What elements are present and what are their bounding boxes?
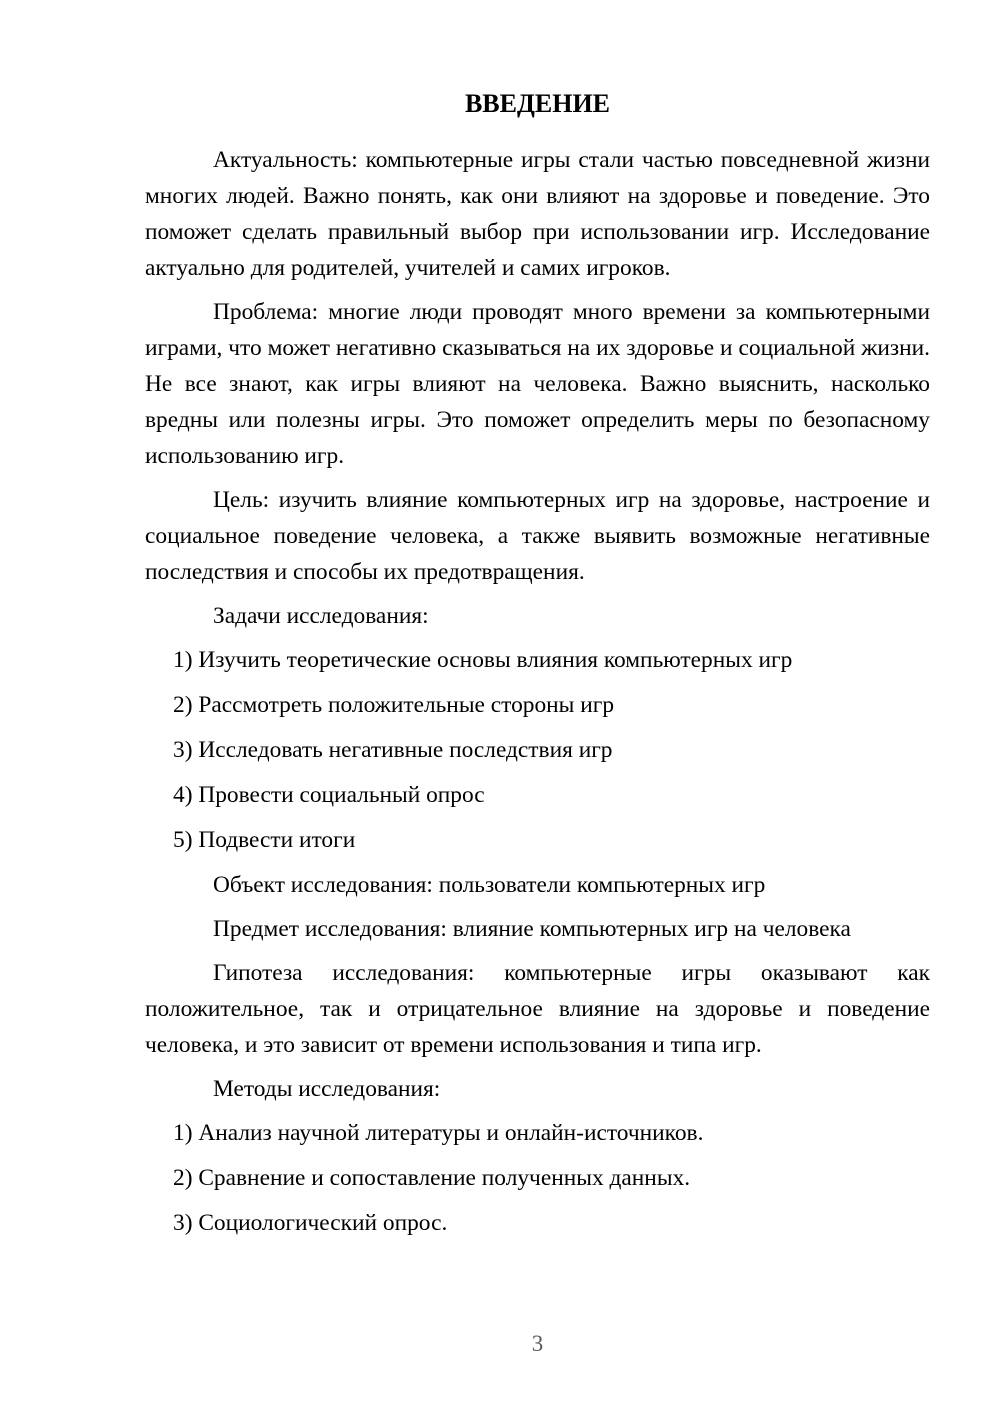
methods-heading: Методы исследования:: [145, 1071, 930, 1107]
task-item-4: 4) Провести социальный опрос: [173, 777, 930, 813]
method-item-3: 3) Социологический опрос.: [173, 1205, 930, 1241]
task-item-5: 5) Подвести итоги: [173, 822, 930, 858]
tasks-heading: Задачи исследования:: [145, 598, 930, 634]
page-number: 3: [145, 1326, 930, 1362]
task-item-1: 1) Изучить теоретические основы влияния …: [173, 642, 930, 678]
tasks-list: 1) Изучить теоретические основы влияния …: [145, 642, 930, 858]
paragraph-hypothesis: Гипотеза исследования: компьютерные игры…: [145, 955, 930, 1063]
research-object-line: Объект исследования: пользователи компью…: [145, 867, 930, 903]
paragraph-problem: Проблема: многие люди проводят много вре…: [145, 294, 930, 474]
methods-list: 1) Анализ научной литературы и онлайн-ис…: [145, 1115, 930, 1241]
research-subject-line: Предмет исследования: влияние компьютерн…: [145, 911, 930, 947]
paragraph-relevance: Актуальность: компьютерные игры стали ча…: [145, 142, 930, 286]
task-item-3: 3) Исследовать негативные последствия иг…: [173, 732, 930, 768]
method-item-2: 2) Сравнение и сопоставление полученных …: [173, 1160, 930, 1196]
method-item-1: 1) Анализ научной литературы и онлайн-ис…: [173, 1115, 930, 1151]
paragraph-goal: Цель: изучить влияние компьютерных игр н…: [145, 482, 930, 590]
task-item-2: 2) Рассмотреть положительные стороны игр: [173, 687, 930, 723]
document-title: ВВЕДЕНИЕ: [145, 90, 930, 118]
document-page: ВВЕДЕНИЕ Актуальность: компьютерные игры…: [0, 0, 1000, 1414]
